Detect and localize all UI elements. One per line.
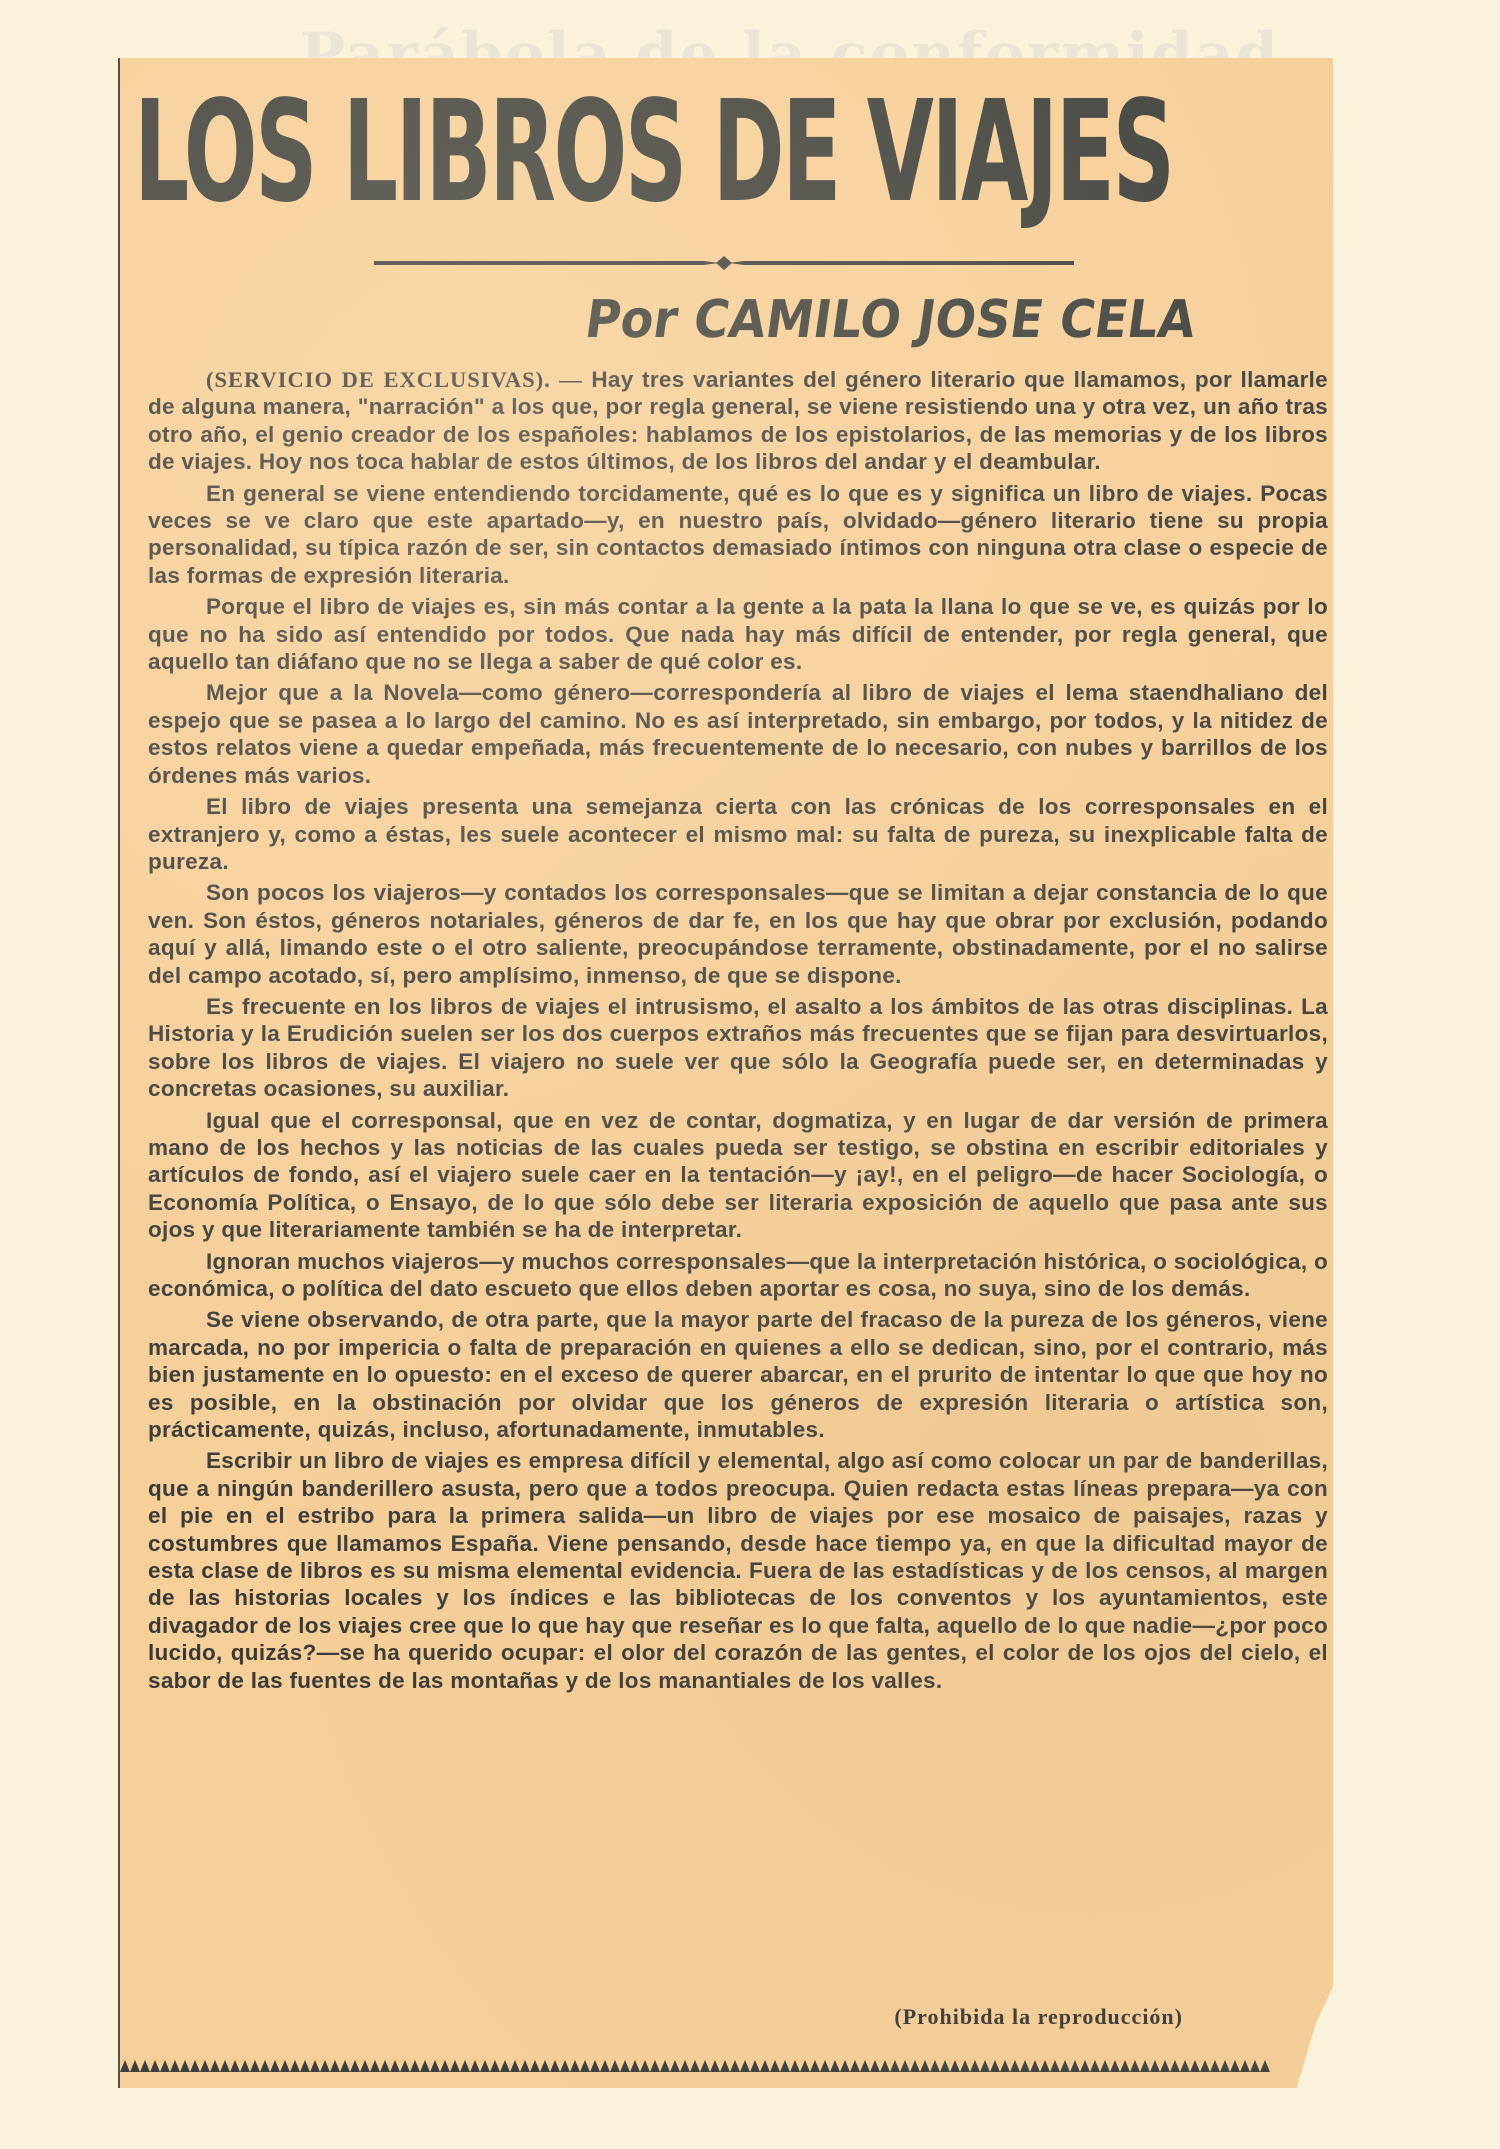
- paragraph: Ignoran muchos viajeros—y muchos corresp…: [148, 1248, 1328, 1303]
- byline: Por CAMILO JOSE CELA: [582, 290, 1200, 350]
- paragraph: En general se viene entendiendo torcidam…: [148, 480, 1328, 590]
- newspaper-clipping: LOS LIBROS DE VIAJES Por CAMILO JOSE CEL…: [118, 58, 1333, 2088]
- article-body: (SERVICIO DE EXCLUSIVAS). — Hay tres var…: [148, 366, 1328, 1698]
- paragraph: Es frecuente en los libros de viajes el …: [148, 993, 1328, 1103]
- paragraph: Son pocos los viajeros—y contados los co…: [148, 879, 1328, 989]
- paragraph: El libro de viajes presenta una semejanz…: [148, 793, 1328, 875]
- ornament-rule-icon: [374, 256, 1074, 270]
- headline: LOS LIBROS DE VIAJES: [134, 68, 869, 238]
- paragraph: (SERVICIO DE EXCLUSIVAS). — Hay tres var…: [148, 366, 1328, 476]
- lead-label: (SERVICIO DE EXCLUSIVAS). —: [206, 367, 583, 392]
- zigzag-border-icon: [120, 2058, 1270, 2072]
- paragraph: Escribir un libro de viajes es empresa d…: [148, 1447, 1328, 1694]
- paragraph: Porque el libro de viajes es, sin más co…: [148, 593, 1328, 675]
- paragraph: Igual que el corresponsal, que en vez de…: [148, 1107, 1328, 1244]
- reproduction-notice: (Prohibida la reproducción): [894, 2004, 1183, 2030]
- paragraph: Mejor que a la Novela—como género—corres…: [148, 679, 1328, 789]
- paragraph: Se viene observando, de otra parte, que …: [148, 1306, 1328, 1443]
